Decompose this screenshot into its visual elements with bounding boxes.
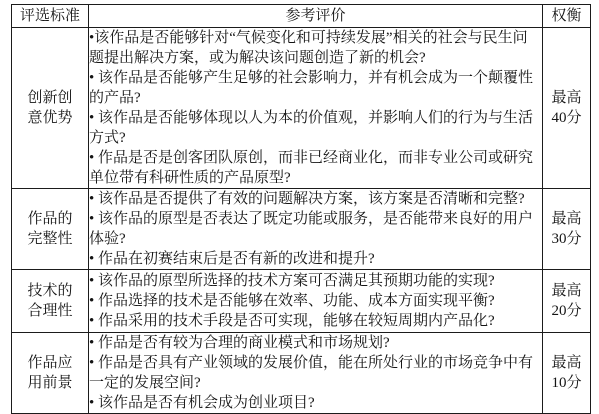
bullet-item: • 该作品的原型所选择的技术方案可否满足其预期功能的实现? — [89, 271, 542, 291]
bullet-item: • 作品选择的技术是否能够在效率、功能、成本方面实现平衡? — [89, 291, 542, 311]
criteria-label: 技术的 合理性 — [12, 270, 89, 333]
evaluation-cell: • 该作品是否提供了有效的问题解决方案，该方案是否清晰和完整? • 该作品的原型… — [89, 189, 543, 270]
weight-value: 最高 40分 — [543, 28, 591, 189]
criteria-label: 作品应 用前景 — [12, 333, 89, 414]
col-header-evaluation: 参考评价 — [89, 5, 543, 28]
bullet-item: • 该作品是否提供了有效的问题解决方案，该方案是否清晰和完整? — [89, 189, 542, 209]
table-row-innovation: 创新创 意优势 •该作品是否能够针对“气候变化和可持续发展”相关的社会与民生问题… — [12, 28, 591, 189]
weight-value: 最高 20分 — [543, 270, 591, 333]
weight-value: 最高 10分 — [543, 333, 591, 414]
bullet-item: • 该作品是否能够体现以人为本的价值观，并影响人们的行为与生活方式? — [89, 108, 542, 148]
criteria-label: 作品的 完整性 — [12, 189, 89, 270]
evaluation-cell: • 作品是否有较为合理的商业模式和市场规划? • 作品是否具有产业领域的发展价值… — [89, 333, 543, 414]
bullet-item: • 作品在初赛结束后是否有新的改进和提升? — [89, 249, 542, 269]
criteria-table: 评选标准 参考评价 权衡 创新创 意优势 •该作品是否能够针对“气候变化和可持续… — [11, 4, 591, 414]
bullet-item: • 作品是否是创客团队原创，而非已经商业化，而非专业公司或研究单位带有科研性质的… — [89, 148, 542, 188]
bullet-item: • 该作品是否有机会成为创业项目? — [89, 393, 542, 413]
table-row-completeness: 作品的 完整性 • 该作品是否提供了有效的问题解决方案，该方案是否清晰和完整? … — [12, 189, 591, 270]
bullet-item: •该作品是否能够针对“气候变化和可持续发展”相关的社会与民生问题提出解决方案，或… — [89, 28, 542, 68]
bullet-item: • 作品是否有较为合理的商业模式和市场规划? — [89, 333, 542, 353]
col-header-weight: 权衡 — [543, 5, 591, 28]
bullet-item: • 作品是否具有产业领域的发展价值，能在所处行业的市场竞争中有一定的发展空间? — [89, 353, 542, 393]
table-header-row: 评选标准 参考评价 权衡 — [12, 5, 591, 28]
bullet-item: • 作品采用的技术手段是否可实现，能够在较短周期内产品化? — [89, 311, 542, 331]
bullet-item: • 该作品的原型是否表达了既定功能或服务，是否能带来良好的用户体验? — [89, 209, 542, 249]
document-page: 评选标准 参考评价 权衡 创新创 意优势 •该作品是否能够针对“气候变化和可持续… — [0, 0, 599, 414]
col-header-criteria: 评选标准 — [12, 5, 89, 28]
evaluation-cell: • 该作品的原型所选择的技术方案可否满足其预期功能的实现? • 作品选择的技术是… — [89, 270, 543, 333]
bullet-item: • 该作品是否能够产生足够的社会影响力，并有机会成为一个颠覆性的产品? — [89, 68, 542, 108]
table-row-technical: 技术的 合理性 • 该作品的原型所选择的技术方案可否满足其预期功能的实现? • … — [12, 270, 591, 333]
table-row-application: 作品应 用前景 • 作品是否有较为合理的商业模式和市场规划? • 作品是否具有产… — [12, 333, 591, 414]
criteria-label: 创新创 意优势 — [12, 28, 89, 189]
weight-value: 最高 30分 — [543, 189, 591, 270]
evaluation-cell: •该作品是否能够针对“气候变化和可持续发展”相关的社会与民生问题提出解决方案，或… — [89, 28, 543, 189]
